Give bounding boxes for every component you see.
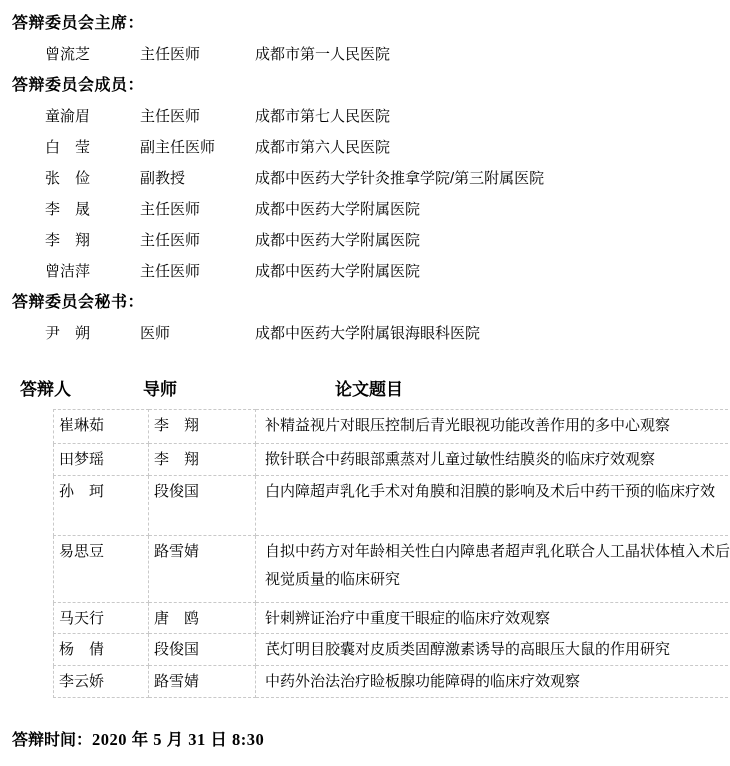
member-title: 副教授 <box>140 163 255 194</box>
member-name: 曾流芝 <box>45 39 140 70</box>
table-row: 孙 珂 段俊国 白内障超声乳化手术对角膜和泪膜的影响及术后中药干预的临床疗效 <box>54 476 730 536</box>
member-title: 主任医师 <box>140 101 255 132</box>
cell-thesis-title: 白内障超声乳化手术对角膜和泪膜的影响及术后中药干预的临床疗效 <box>256 476 730 536</box>
cell-thesis-title: 补精益视片对眼压控制后青光眼视功能改善作用的多中心观察 <box>256 410 730 444</box>
defense-time-label: 答辩时间： <box>12 732 92 749</box>
defense-table-header: 答辩人 导师 论文题目 <box>0 375 730 405</box>
member-name: 尹 朔 <box>45 318 140 349</box>
table-row: 李云娇 路雪婧 中药外治法治疗睑板腺功能障碍的临床疗效观察 <box>54 666 730 698</box>
member-title: 主任医师 <box>140 256 255 287</box>
defense-time: 答辩时间：2020 年 5 月 31 日 8:30 <box>12 724 730 755</box>
member-row: 李 翔 主任医师 成都中医药大学附属医院 <box>45 225 730 256</box>
member-affiliation: 成都市第一人民医院 <box>255 39 730 70</box>
member-affiliation: 成都中医药大学附属医院 <box>255 194 730 225</box>
cell-advisor: 段俊国 <box>149 634 256 666</box>
defense-table: 崔琳茹 李 翔 补精益视片对眼压控制后青光眼视功能改善作用的多中心观察 田梦瑶 … <box>53 409 730 698</box>
cell-thesis-title: 芪灯明目胶囊对皮质类固醇激素诱导的高眼压大鼠的作用研究 <box>256 634 730 666</box>
table-row: 杨 倩 段俊国 芪灯明目胶囊对皮质类固醇激素诱导的高眼压大鼠的作用研究 <box>54 634 730 666</box>
member-title: 主任医师 <box>140 39 255 70</box>
cell-advisor: 唐 鸥 <box>149 603 256 634</box>
cell-defender: 易思豆 <box>54 536 149 603</box>
cell-advisor: 路雪婧 <box>149 666 256 698</box>
member-affiliation: 成都中医药大学针灸推拿学院/第三附属医院 <box>255 163 730 194</box>
member-name: 李 晟 <box>45 194 140 225</box>
member-name: 白 莹 <box>45 132 140 163</box>
cell-defender: 孙 珂 <box>54 476 149 536</box>
section-heading-secretary: 答辩委员会秘书： <box>12 287 730 318</box>
member-name: 张 俭 <box>45 163 140 194</box>
member-affiliation: 成都市第七人民医院 <box>255 101 730 132</box>
member-title: 副主任医师 <box>140 132 255 163</box>
column-header-advisor: 导师 <box>143 375 177 405</box>
member-affiliation: 成都市第六人民医院 <box>255 132 730 163</box>
member-row: 童渝眉 主任医师 成都市第七人民医院 <box>45 101 730 132</box>
member-affiliation: 成都中医药大学附属银海眼科医院 <box>255 318 730 349</box>
cell-defender: 杨 倩 <box>54 634 149 666</box>
section-heading-members: 答辩委员会成员： <box>12 70 730 101</box>
defense-committee-document: 答辩委员会主席： 曾流芝 主任医师 成都市第一人民医院 答辩委员会成员： 童渝眉… <box>0 0 730 766</box>
cell-defender: 田梦瑶 <box>54 444 149 476</box>
section-heading-chairman: 答辩委员会主席： <box>12 8 730 39</box>
cell-defender: 崔琳茹 <box>54 410 149 444</box>
member-affiliation: 成都中医药大学附属医院 <box>255 225 730 256</box>
cell-advisor: 李 翔 <box>149 410 256 444</box>
member-title: 主任医师 <box>140 194 255 225</box>
cell-thesis-title: 自拟中药方对年龄相关性白内障患者超声乳化联合人工晶状体植入术后视觉质量的临床研究 <box>256 536 730 603</box>
table-row: 易思豆 路雪婧 自拟中药方对年龄相关性白内障患者超声乳化联合人工晶状体植入术后视… <box>54 536 730 603</box>
member-row: 李 晟 主任医师 成都中医药大学附属医院 <box>45 194 730 225</box>
cell-advisor: 路雪婧 <box>149 536 256 603</box>
member-row: 曾洁萍 主任医师 成都中医药大学附属医院 <box>45 256 730 287</box>
cell-defender: 马天行 <box>54 603 149 634</box>
member-affiliation: 成都中医药大学附属医院 <box>255 256 730 287</box>
cell-thesis-title: 揿针联合中药眼部熏蒸对儿童过敏性结膜炎的临床疗效观察 <box>256 444 730 476</box>
cell-thesis-title: 针刺辨证治疗中重度干眼症的临床疗效观察 <box>256 603 730 634</box>
cell-defender: 李云娇 <box>54 666 149 698</box>
member-row: 白 莹 副主任医师 成都市第六人民医院 <box>45 132 730 163</box>
column-header-thesis-title: 论文题目 <box>335 375 403 405</box>
cell-advisor: 李 翔 <box>149 444 256 476</box>
defense-time-value: 2020 年 5 月 31 日 8:30 <box>92 730 264 749</box>
member-name: 童渝眉 <box>45 101 140 132</box>
table-row: 马天行 唐 鸥 针刺辨证治疗中重度干眼症的临床疗效观察 <box>54 603 730 634</box>
cell-thesis-title: 中药外治法治疗睑板腺功能障碍的临床疗效观察 <box>256 666 730 698</box>
column-header-defender: 答辩人 <box>20 375 71 405</box>
table-row: 崔琳茹 李 翔 补精益视片对眼压控制后青光眼视功能改善作用的多中心观察 <box>54 410 730 444</box>
cell-advisor: 段俊国 <box>149 476 256 536</box>
member-row: 曾流芝 主任医师 成都市第一人民医院 <box>45 39 730 70</box>
table-row: 田梦瑶 李 翔 揿针联合中药眼部熏蒸对儿童过敏性结膜炎的临床疗效观察 <box>54 444 730 476</box>
member-name: 曾洁萍 <box>45 256 140 287</box>
member-title: 主任医师 <box>140 225 255 256</box>
member-title: 医师 <box>140 318 255 349</box>
member-name: 李 翔 <box>45 225 140 256</box>
member-row: 张 俭 副教授 成都中医药大学针灸推拿学院/第三附属医院 <box>45 163 730 194</box>
member-row: 尹 朔 医师 成都中医药大学附属银海眼科医院 <box>45 318 730 349</box>
